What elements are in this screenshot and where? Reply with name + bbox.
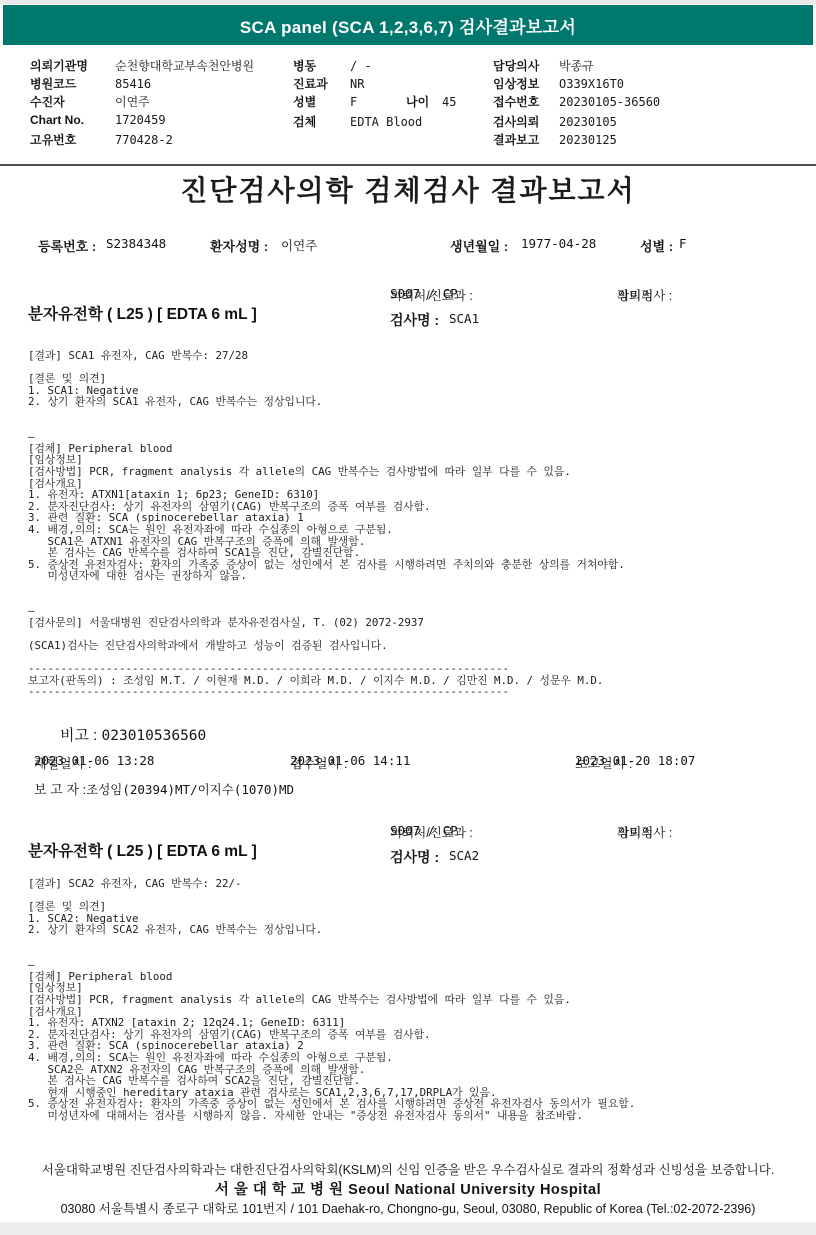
- info-row: 수진자 이연주: [30, 93, 254, 111]
- patient-info-row: 등록번호 : S2384348 환자성명 : 이연주 생년월일 : 1977-0…: [0, 236, 816, 254]
- section2-result-body: [결과] SCA2 유전자, CAG 반복수: 22/- [결론 및 의견] 1…: [28, 878, 635, 1121]
- referral-value: S007 / CP: [390, 286, 458, 301]
- sex-label: 성별 :: [640, 236, 673, 255]
- info-value: EDTA Blood: [350, 115, 422, 129]
- report-banner: SCA panel (SCA 1,2,3,6,7) 검사결과보고서: [3, 5, 813, 45]
- info-label: 임상정보: [493, 75, 559, 92]
- footer-accreditation: 서울대학교병원 진단검사의학과는 대한진단검사의학회(KSLM)의 신임 인증을…: [0, 1160, 816, 1178]
- doctor-value: 장미정: [617, 823, 653, 841]
- info-value: 20230105: [559, 115, 617, 129]
- info-label: Chart No.: [30, 113, 115, 127]
- info-label: 담당의사: [493, 57, 559, 74]
- section2-meta: 의뢰처/진료과 : S007 / CP 의뢰의사 : 장미정: [0, 823, 816, 839]
- info-label: 병원코드: [30, 75, 115, 92]
- patient-name-label: 환자성명 :: [210, 236, 268, 255]
- datetime-row: 채혈일시 :2023-01-06 13:28 접수일시 : 2023-01-06…: [0, 753, 816, 771]
- horizontal-divider: [0, 164, 816, 166]
- test-name-label: 검사명 :: [390, 310, 439, 330]
- info-value: 20230105-36560: [559, 95, 660, 109]
- doctor-value: 장미정: [617, 286, 653, 304]
- remark-label: 비고 :: [60, 727, 97, 744]
- info-label: 수진자: [30, 93, 115, 110]
- test-name-value: SCA1: [449, 311, 479, 326]
- collection-value: 2023-01-06 13:28: [34, 753, 154, 768]
- footer-hospital-name: 서 울 대 학 교 병 원 Seoul National University …: [0, 1178, 816, 1199]
- info-label: 검체: [293, 113, 350, 130]
- info-value: 박종규: [559, 57, 594, 74]
- header-info-middle: 병동 / - 진료과 NR 성별 F 나이 45 검체 EDTA Blood: [293, 57, 456, 131]
- birthdate-label: 생년월일 :: [450, 236, 508, 255]
- info-value: F: [350, 95, 406, 109]
- report-page: SCA panel (SCA 1,2,3,6,7) 검사결과보고서 의뢰기관명 …: [0, 0, 816, 1235]
- info-row: 고유번호 770428-2: [30, 131, 254, 149]
- info-value: NR: [350, 77, 364, 91]
- info-row: 의뢰기관명 순천향대학교부속천안병원: [30, 57, 254, 75]
- info-label: 접수번호: [493, 93, 559, 110]
- info-row: 접수번호 20230105-36560: [493, 93, 660, 111]
- info-value: 85416: [115, 77, 151, 91]
- info-label: 성별: [293, 93, 350, 110]
- header-info-right: 담당의사 박종규 임상정보 O339X16T0 접수번호 20230105-36…: [493, 57, 660, 149]
- birthdate-value: 1977-04-28: [521, 236, 596, 251]
- section1-meta: 의뢰처/진료과 : S007 / CP 의뢰의사 : 장미정: [0, 286, 816, 302]
- info-value: 20230125: [559, 133, 617, 147]
- report-date-value: 2023-01-20 18:07: [575, 753, 695, 768]
- info-value: 순천향대학교부속천안병원: [115, 57, 254, 74]
- banner-title: SCA panel (SCA 1,2,3,6,7) 검사결과보고서: [240, 13, 576, 38]
- header-info-left: 의뢰기관명 순천향대학교부속천안병원 병원코드 85416 수진자 이연주 Ch…: [30, 57, 254, 149]
- info-row: 진료과 NR: [293, 75, 456, 93]
- info-label: 병동: [293, 57, 350, 74]
- info-value: O339X16T0: [559, 77, 624, 91]
- test-name-label: 검사명 :: [390, 847, 439, 867]
- info-label: 의뢰기관명: [30, 57, 115, 74]
- receipt-value: 2023-01-06 14:11: [290, 753, 410, 768]
- info-row: 결과보고 20230125: [493, 131, 660, 149]
- remark-row: 비고 : 023010536560: [60, 724, 206, 745]
- info-label: 검사의뢰: [493, 113, 559, 130]
- patient-name-value: 이연주: [281, 236, 317, 254]
- info-label: 고유번호: [30, 131, 115, 148]
- info-value: 1720459: [115, 113, 166, 127]
- reporter-value: 조성임(20394)MT/이지수(1070)MD: [86, 782, 294, 797]
- info-row: 담당의사 박종규: [493, 57, 660, 75]
- info-value: 이연주: [115, 93, 150, 110]
- info-row-sex-age: 성별 F 나이 45: [293, 93, 456, 111]
- reg-no-label: 등록번호 :: [38, 236, 96, 255]
- section2-test-row: 검사명 : SCA2: [0, 847, 816, 865]
- bottom-margin-strip: [0, 1222, 816, 1235]
- top-margin-strip: [0, 0, 816, 4]
- remark-value: 023010536560: [102, 728, 207, 744]
- info-row: 임상정보 O339X16T0: [493, 75, 660, 93]
- info-row: 검사의뢰 20230105: [493, 113, 660, 131]
- referral-value: S007 / CP: [390, 823, 458, 838]
- info-row: Chart No. 1720459: [30, 113, 254, 131]
- section1-test-row: 검사명 : SCA1: [0, 310, 816, 328]
- reg-no-value: S2384348: [106, 236, 166, 251]
- info-row: 검체 EDTA Blood: [293, 113, 456, 131]
- info-value: 770428-2: [115, 133, 173, 147]
- info-value-age: 45: [442, 95, 456, 109]
- info-label: 진료과: [293, 75, 350, 92]
- info-row: 병원코드 85416: [30, 75, 254, 93]
- info-label-age: 나이: [406, 93, 442, 110]
- section1-result-body: [결과] SCA1 유전자, CAG 반복수: 27/28 [결론 및 의견] …: [28, 350, 625, 698]
- reporter-label: 보 고 자 :: [34, 782, 86, 797]
- sex-value: F: [679, 236, 687, 251]
- test-name-value: SCA2: [449, 848, 479, 863]
- reporter-row: 보 고 자 :조성임(20394)MT/이지수(1070)MD: [34, 779, 294, 798]
- info-label: 결과보고: [493, 131, 559, 148]
- footer-address: 03080 서울특별시 종로구 대학로 101번지 / 101 Daehak-r…: [0, 1199, 816, 1217]
- info-row: 병동 / -: [293, 57, 456, 75]
- report-main-title: 진단검사의학 검체검사 결과보고서: [0, 169, 816, 209]
- info-value: / -: [350, 59, 372, 73]
